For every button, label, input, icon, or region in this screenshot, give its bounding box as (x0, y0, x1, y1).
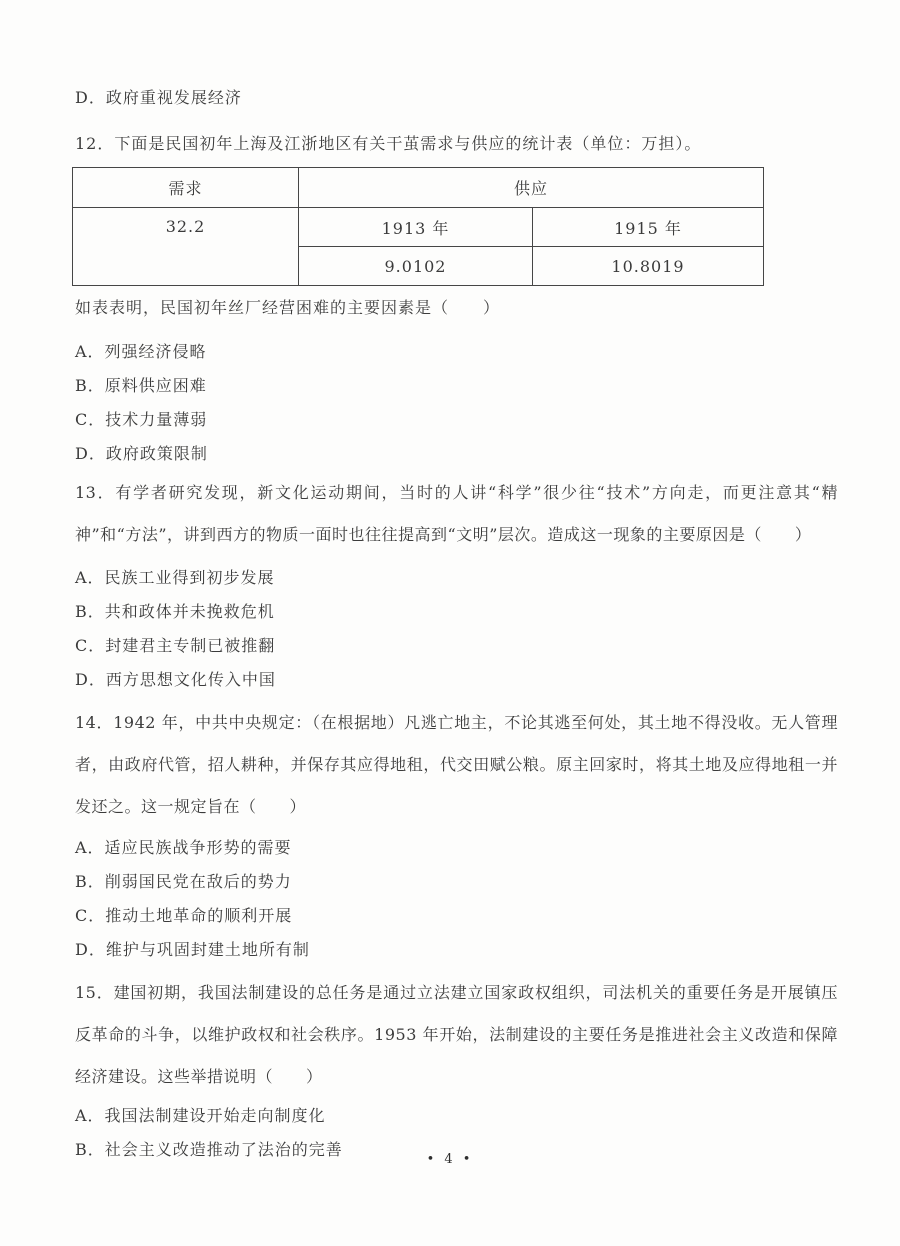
table-supply-1913-value-cell: 9.0102 (299, 247, 533, 286)
q14-option-a: A．适应民族战争形势的需要 (75, 838, 838, 858)
exam-page: D．政府重视发展经济 12．下面是民国初年上海及江浙地区有关干茧需求与供应的统计… (0, 0, 900, 1246)
q13-option-c: C．封建君主专制已被推翻 (75, 636, 838, 656)
q12-option-b: B．原料供应困难 (75, 376, 838, 396)
page-number-footer: • 4 • (0, 1152, 900, 1167)
q15-stem: 15．建国初期，我国法制建设的总任务是通过立法建立国家政权组织，司法机关的重要任… (75, 972, 838, 1098)
q13-option-a: A．民族工业得到初步发展 (75, 568, 838, 588)
q14-option-b: B．削弱国民党在敌后的势力 (75, 872, 838, 892)
q13-stem: 13．有学者研究发现，新文化运动期间，当时的人讲“科学”很少往“技术”方向走，而… (75, 472, 838, 556)
table-year-1915-cell: 1915 年 (533, 208, 764, 247)
q12-option-c: C．技术力量薄弱 (75, 410, 838, 430)
q11-option-d: D．政府重视发展经济 (75, 88, 838, 108)
table-demand-value-cell: 32.2 (73, 208, 299, 286)
q12-option-a: A．列强经济侵略 (75, 342, 838, 362)
q12-statistics-table: 需求 供应 32.2 1913 年 1915 年 9.0102 10.8019 (72, 167, 764, 286)
table-demand-header-cell: 需求 (73, 168, 299, 208)
q12-question: 如表表明，民国初年丝厂经营困难的主要因素是（ ） (75, 298, 838, 318)
q14-stem: 14．1942 年，中共中央规定：（在根据地）凡逃亡地主，不论其逃至何处，其土地… (75, 702, 838, 828)
q12-stem: 12．下面是民国初年上海及江浙地区有关干茧需求与供应的统计表（单位：万担）。 (75, 134, 838, 154)
q12-option-d: D．政府政策限制 (75, 444, 838, 464)
q14-option-d: D．维护与巩固封建土地所有制 (75, 940, 838, 960)
table-supply-header-cell: 供应 (299, 168, 764, 208)
q15-option-a: A．我国法制建设开始走向制度化 (75, 1106, 838, 1126)
table-year-1913-cell: 1913 年 (299, 208, 533, 247)
q13-option-d: D．西方思想文化传入中国 (75, 670, 838, 690)
table-supply-1915-value-cell: 10.8019 (533, 247, 764, 286)
q13-option-b: B．共和政体并未挽救危机 (75, 602, 838, 622)
q14-option-c: C．推动土地革命的顺利开展 (75, 906, 838, 926)
